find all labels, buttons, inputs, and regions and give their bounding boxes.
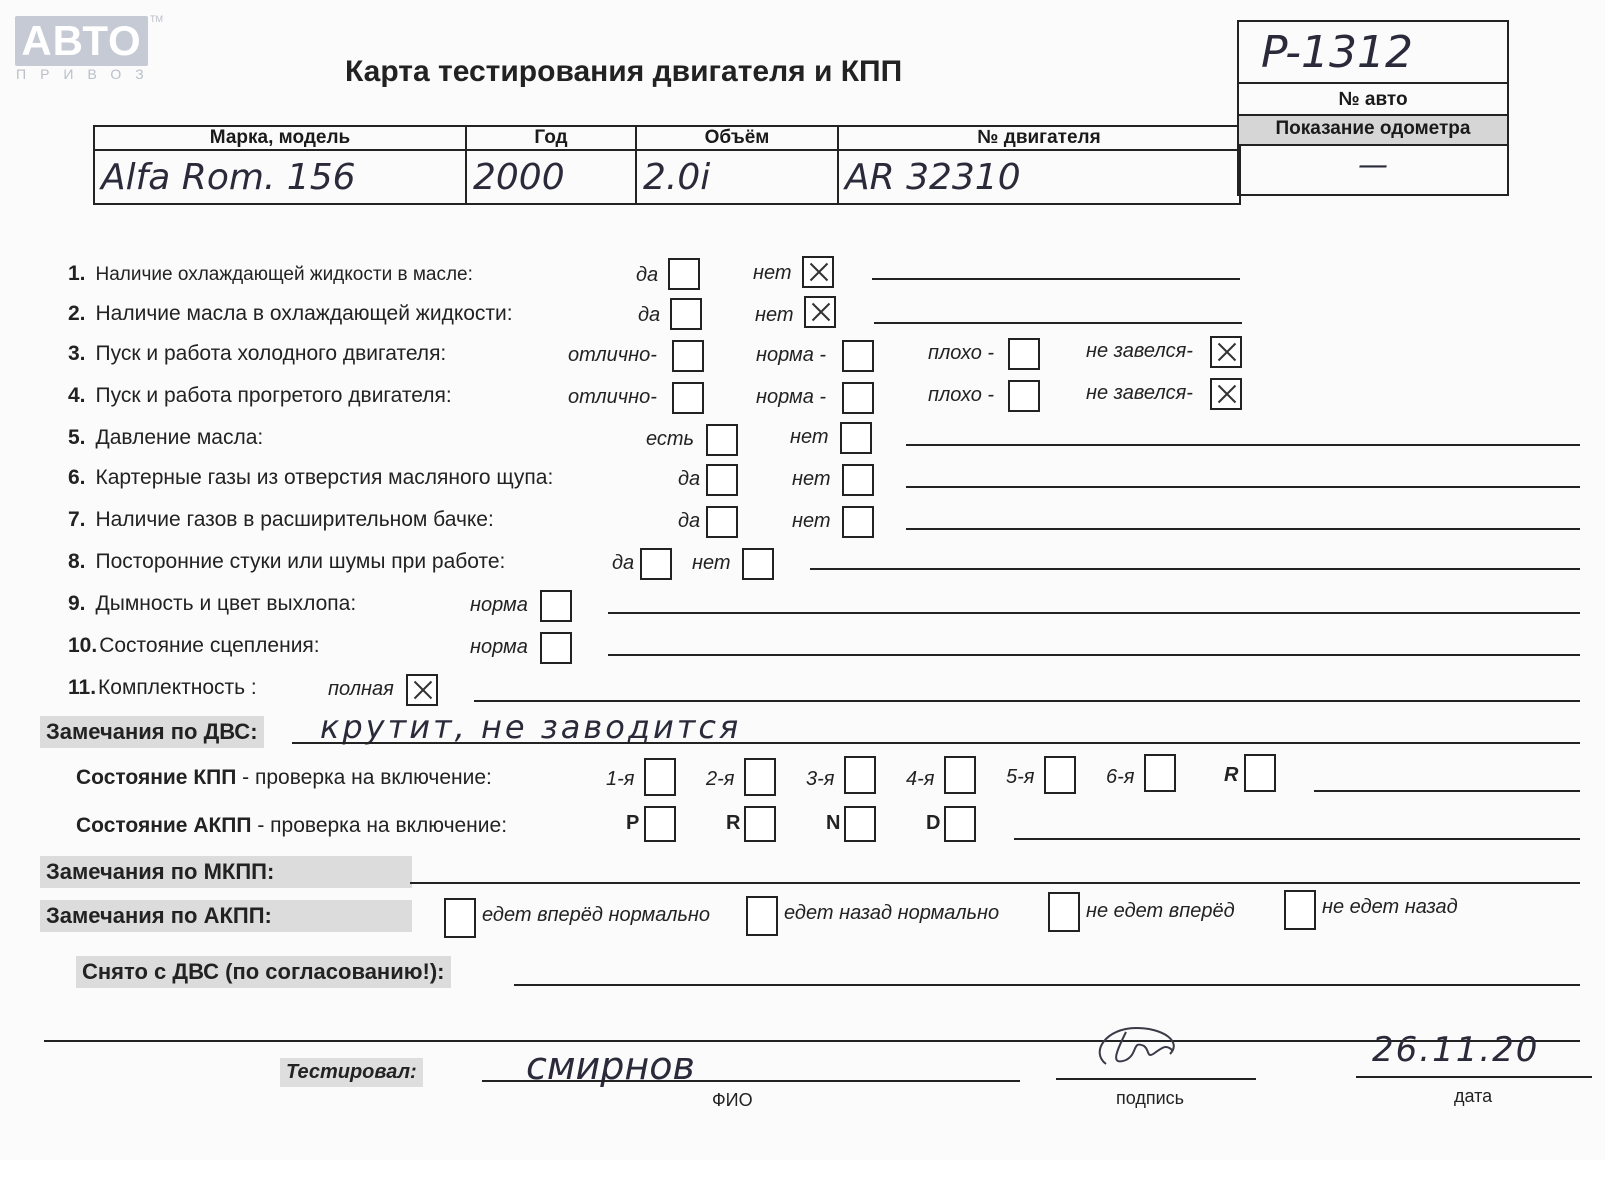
manual-gearbox-title-rest: - проверка на включение: bbox=[236, 766, 492, 789]
checkbox-row5-yes[interactable] bbox=[706, 424, 738, 456]
option-label: не едет вперёд bbox=[1086, 900, 1235, 923]
row-number: 5. bbox=[68, 426, 86, 450]
note-line[interactable] bbox=[872, 278, 1240, 280]
engine-remarks-field[interactable]: крутит, не заводится bbox=[320, 708, 741, 746]
checkbox-no-forward[interactable] bbox=[1048, 892, 1080, 932]
date-line bbox=[1356, 1076, 1592, 1078]
row-label: Давление масла: bbox=[96, 426, 264, 449]
note-line[interactable] bbox=[906, 486, 1580, 488]
option-label: да bbox=[678, 510, 700, 533]
gear-label: 3-я bbox=[806, 768, 834, 791]
option-label: едет назад нормально bbox=[784, 902, 999, 925]
auto-number-box: P-1312 № авто Показание одометра — bbox=[1237, 20, 1509, 196]
engine-number-field[interactable]: AR 32310 bbox=[838, 150, 1240, 204]
removed-parts-field[interactable] bbox=[514, 984, 1580, 986]
row-label: Состояние сцепления: bbox=[99, 634, 319, 657]
row-number: 8. bbox=[68, 550, 86, 574]
option-label: не завелся- bbox=[1086, 382, 1193, 405]
check-row-1: 1.Наличие охлаждающей жидкости в масле: bbox=[68, 262, 473, 286]
checkbox-row4-excellent[interactable] bbox=[672, 382, 704, 414]
signature-caption: подпись bbox=[1116, 1088, 1184, 1109]
checkbox-gear-r[interactable] bbox=[1244, 754, 1276, 792]
check-row-8: 8.Посторонние стуки или шумы при работе: bbox=[68, 550, 505, 574]
row-number: 7. bbox=[68, 508, 86, 532]
checkbox-gear-1[interactable] bbox=[644, 758, 676, 796]
volume-field[interactable]: 2.0i bbox=[636, 150, 838, 204]
check-row-7: 7.Наличие газов в расширительном бачке: bbox=[68, 508, 494, 532]
check-row-3: 3.Пуск и работа холодного двигателя: bbox=[68, 342, 446, 366]
removed-parts-label: Снято с ДВС (по согласованию!): bbox=[76, 956, 451, 988]
gear-label: 4-я bbox=[906, 768, 934, 791]
option-label: плохо - bbox=[928, 384, 994, 407]
note-line[interactable] bbox=[1314, 790, 1580, 792]
signature-line bbox=[1056, 1078, 1256, 1080]
make-model-field[interactable]: Alfa Rom. 156 bbox=[94, 150, 466, 204]
row-label: Дымность и цвет выхлопа: bbox=[96, 592, 357, 615]
checkbox-forward-normal[interactable] bbox=[444, 898, 476, 938]
checkbox-row1-no[interactable] bbox=[802, 256, 834, 288]
row-label: Наличие масла в охлаждающей жидкости: bbox=[96, 302, 513, 325]
gear-label: 5-я bbox=[1006, 766, 1034, 789]
option-label: плохо - bbox=[928, 342, 994, 365]
checkbox-row7-no[interactable] bbox=[842, 506, 874, 538]
gear-label: 1-я bbox=[606, 768, 634, 791]
checkbox-row10-normal[interactable] bbox=[540, 632, 572, 664]
checkbox-row9-normal[interactable] bbox=[540, 590, 572, 622]
checkbox-row3-normal[interactable] bbox=[842, 340, 874, 372]
row-number: 9. bbox=[68, 592, 86, 616]
checkbox-gear-6[interactable] bbox=[1144, 754, 1176, 792]
date-caption: дата bbox=[1454, 1086, 1492, 1107]
odometer-field[interactable]: — bbox=[1239, 146, 1507, 194]
option-label: нет bbox=[790, 426, 829, 449]
note-line[interactable] bbox=[474, 700, 1580, 702]
option-label: отлично- bbox=[568, 344, 657, 367]
gear-label: 6-я bbox=[1106, 766, 1134, 789]
note-line[interactable] bbox=[810, 568, 1580, 570]
checkbox-gear-p[interactable] bbox=[644, 806, 676, 842]
option-label: да bbox=[638, 304, 660, 327]
checkbox-row5-no[interactable] bbox=[840, 422, 872, 454]
checkbox-row3-not-started[interactable] bbox=[1210, 336, 1242, 368]
row-number: 3. bbox=[68, 342, 86, 366]
option-label: норма - bbox=[756, 344, 826, 367]
option-label: да bbox=[612, 552, 634, 575]
checkbox-gear-r-auto[interactable] bbox=[744, 806, 776, 842]
checkbox-reverse-normal[interactable] bbox=[746, 896, 778, 936]
note-line bbox=[292, 742, 1580, 744]
row-number: 1. bbox=[68, 262, 86, 286]
checkbox-row4-bad[interactable] bbox=[1008, 380, 1040, 412]
check-row-9: 9.Дымность и цвет выхлопа: bbox=[68, 592, 356, 616]
row-number: 4. bbox=[68, 384, 86, 408]
name-line bbox=[482, 1080, 1020, 1082]
auto-gearbox-remarks-label: Замечания по АКПП: bbox=[40, 900, 412, 932]
option-label: да bbox=[636, 264, 658, 287]
checkbox-row4-normal[interactable] bbox=[842, 382, 874, 414]
gear-label: D bbox=[926, 812, 940, 835]
row-label: Пуск и работа холодного двигателя: bbox=[96, 342, 447, 365]
checkbox-gear-3[interactable] bbox=[844, 756, 876, 794]
note-line[interactable] bbox=[608, 654, 1580, 656]
checkbox-row11-complete[interactable] bbox=[406, 674, 438, 706]
option-label: отлично- bbox=[568, 386, 657, 409]
divider-line bbox=[44, 1040, 1580, 1042]
checkbox-gear-4[interactable] bbox=[944, 756, 976, 794]
column-header-make-model: Марка, модель bbox=[94, 126, 466, 150]
checkbox-row8-yes[interactable] bbox=[640, 548, 672, 580]
gear-label: N bbox=[826, 812, 840, 835]
row-label: Наличие газов в расширительном бачке: bbox=[96, 508, 494, 531]
date-field[interactable]: 26.11.20 bbox=[1372, 1030, 1539, 1070]
option-label: нет bbox=[755, 304, 794, 327]
check-row-4: 4.Пуск и работа прогретого двигателя: bbox=[68, 384, 452, 408]
row-label: Посторонние стуки или шумы при работе: bbox=[96, 550, 506, 573]
manual-gearbox-remarks-label: Замечания по МКПП: bbox=[40, 856, 412, 888]
note-line[interactable] bbox=[608, 612, 1580, 614]
option-label: да bbox=[678, 468, 700, 491]
gear-label: P bbox=[626, 812, 639, 835]
engine-remarks-label: Замечания по ДВС: bbox=[40, 716, 264, 748]
option-label: полная bbox=[328, 678, 394, 701]
manual-gearbox-title: Состояние КПП - проверка на включение: bbox=[76, 766, 492, 790]
note-line[interactable] bbox=[1014, 838, 1580, 840]
year-field[interactable]: 2000 bbox=[466, 150, 636, 204]
checkbox-gear-5[interactable] bbox=[1044, 756, 1076, 794]
note-line[interactable] bbox=[906, 528, 1580, 530]
checkbox-row6-no[interactable] bbox=[842, 464, 874, 496]
checkbox-row3-excellent[interactable] bbox=[672, 340, 704, 372]
column-header-year: Год bbox=[466, 126, 636, 150]
option-label: нет bbox=[792, 510, 831, 533]
gear-label: R bbox=[726, 812, 740, 835]
column-header-volume: Объём bbox=[636, 126, 838, 150]
auto-gearbox-title-bold: Состояние АКПП bbox=[76, 814, 252, 837]
auto-number-label: № авто bbox=[1239, 86, 1507, 116]
manual-gearbox-remarks-field[interactable] bbox=[410, 882, 1580, 884]
signature-field[interactable] bbox=[1086, 1022, 1194, 1072]
page-title: Карта тестирования двигателя и КПП bbox=[345, 55, 902, 89]
check-row-11: 11.Комплектность : bbox=[68, 676, 257, 700]
checkbox-row3-bad[interactable] bbox=[1008, 338, 1040, 370]
option-label: есть bbox=[646, 428, 694, 451]
check-row-10: 10.Состояние сцепления: bbox=[68, 634, 320, 658]
auto-gearbox-title: Состояние АКПП - проверка на включение: bbox=[76, 814, 507, 838]
tested-by-label: Тестировал: bbox=[280, 1058, 423, 1087]
row-label: Наличие охлаждающей жидкости в масле: bbox=[96, 264, 473, 285]
checkbox-row2-yes[interactable] bbox=[670, 298, 702, 330]
option-label: норма bbox=[470, 594, 528, 617]
logo-tagline: ПРИВОЗ bbox=[16, 66, 158, 82]
checkbox-no-reverse[interactable] bbox=[1284, 890, 1316, 930]
auto-gearbox-title-rest: - проверка на включение: bbox=[252, 814, 508, 837]
manual-gearbox-title-bold: Состояние КПП bbox=[76, 766, 236, 789]
check-row-6: 6.Картерные газы из отверстия масляного … bbox=[68, 466, 553, 490]
gear-label: 2-я bbox=[706, 768, 734, 791]
option-label: норма - bbox=[756, 386, 826, 409]
odometer-label: Показание одометра bbox=[1239, 116, 1507, 146]
option-label: едет вперёд нормально bbox=[482, 904, 710, 927]
row-label: Комплектность : bbox=[98, 676, 257, 699]
checkbox-row6-yes[interactable] bbox=[706, 464, 738, 496]
checkbox-row2-no[interactable] bbox=[804, 296, 836, 328]
option-label: не едет назад bbox=[1322, 896, 1458, 919]
option-label: нет bbox=[753, 262, 792, 285]
trademark-mark: TM bbox=[150, 14, 163, 24]
avtoprivoz-logo: АВТО bbox=[15, 16, 148, 66]
test-card-sheet: АВТО TM ПРИВОЗ Карта тестирования двигат… bbox=[0, 0, 1605, 1160]
row-number: 6. bbox=[68, 466, 86, 490]
auto-number-field[interactable]: P-1312 bbox=[1239, 22, 1507, 84]
row-label: Картерные газы из отверстия масляного щу… bbox=[96, 466, 554, 489]
row-number: 10. bbox=[68, 634, 97, 658]
checkbox-row1-yes[interactable] bbox=[668, 258, 700, 290]
gear-label: R bbox=[1224, 764, 1238, 787]
check-row-2: 2.Наличие масла в охлаждающей жидкости: bbox=[68, 302, 513, 326]
checkbox-gear-2[interactable] bbox=[744, 758, 776, 796]
row-number: 11. bbox=[68, 676, 96, 700]
row-number: 2. bbox=[68, 302, 86, 326]
checkbox-gear-d[interactable] bbox=[944, 806, 976, 842]
column-header-engine-number: № двигателя bbox=[838, 126, 1240, 150]
checkbox-gear-n[interactable] bbox=[844, 806, 876, 842]
check-row-5: 5.Давление масла: bbox=[68, 426, 263, 450]
row-label: Пуск и работа прогретого двигателя: bbox=[96, 384, 452, 407]
checkbox-row7-yes[interactable] bbox=[706, 506, 738, 538]
option-label: нет bbox=[692, 552, 731, 575]
signature-scribble-icon bbox=[1086, 1022, 1194, 1072]
vehicle-info-table: Марка, модель Год Объём № двигателя Alfa… bbox=[93, 125, 1241, 205]
checkbox-row8-no[interactable] bbox=[742, 548, 774, 580]
note-line[interactable] bbox=[906, 444, 1580, 446]
option-label: не завелся- bbox=[1086, 340, 1193, 363]
option-label: нет bbox=[792, 468, 831, 491]
name-caption: ФИО bbox=[712, 1090, 753, 1111]
checkbox-row4-not-started[interactable] bbox=[1210, 378, 1242, 410]
note-line[interactable] bbox=[874, 322, 1242, 324]
option-label: норма bbox=[470, 636, 528, 659]
